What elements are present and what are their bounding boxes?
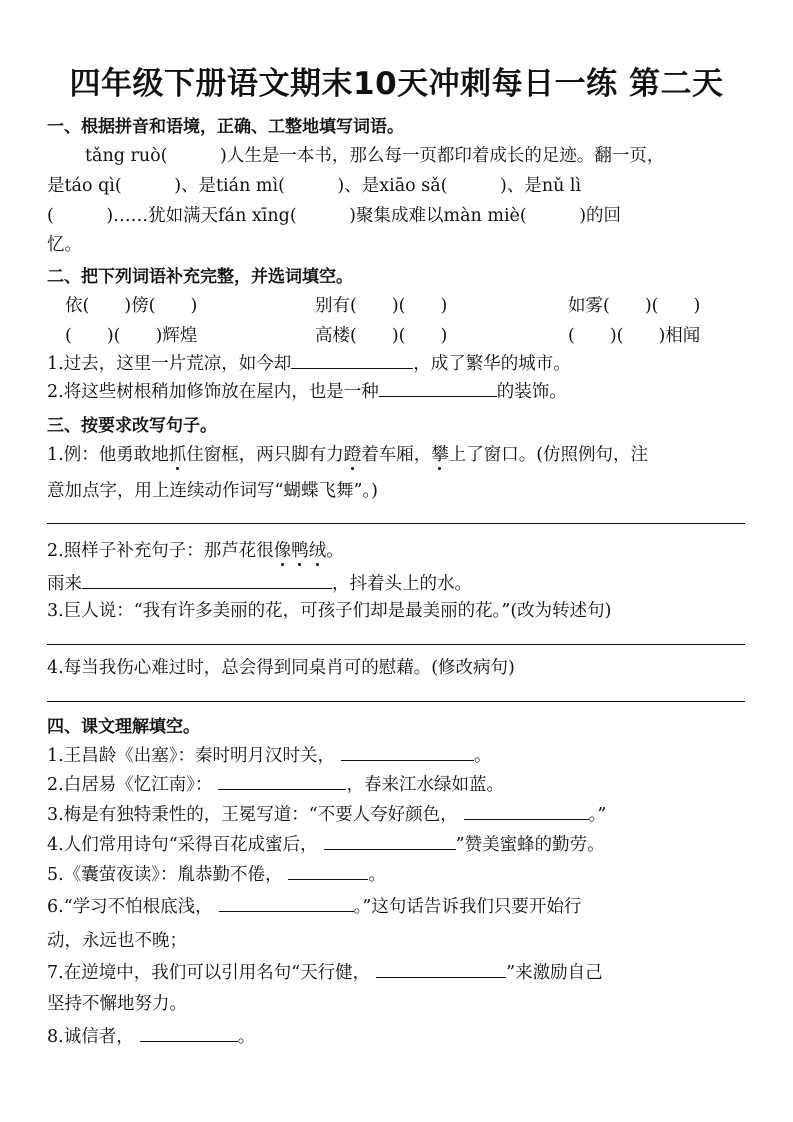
section-4-item-2: 2.白居易《忆江南》：，春来江水绿如蓝。 (47, 771, 504, 796)
answer-line[interactable] (47, 644, 745, 645)
section-1-line-2: 是táo qì( )、是tián mì( )、是xiāo sǎ( )、是nǔ l… (47, 172, 581, 197)
dotted-char: 蹬 (344, 445, 362, 465)
section-2-heading: 二、把下列词语补充完整，并选词填空。 (47, 262, 353, 287)
word-fill-3[interactable]: 如雾( )( ) (568, 292, 700, 317)
answer-blank[interactable] (464, 803, 589, 820)
answer-blank[interactable] (82, 572, 332, 589)
section-2-question-2: 2.将这些树根稍加修饰放在屋内，也是一种的装饰。 (47, 378, 567, 403)
dotted-char: 绒 (309, 541, 327, 561)
section-1-line-3: ( )……犹如满天fán xīng( )聚集成难以màn miè( )的回 (47, 202, 621, 227)
section-3-question-1-line-2: 意加点字，用上连续动作词写“蝴蝶飞舞”。) (47, 477, 378, 502)
answer-line[interactable] (47, 523, 745, 524)
dotted-char: 鸭 (291, 541, 309, 561)
answer-blank[interactable] (288, 863, 368, 880)
word-fill-4[interactable]: ( )( )辉煌 (65, 322, 197, 347)
section-4-item-7: 7.在逆境中，我们可以引用名句“天行健，”来激励自己 (47, 959, 603, 984)
word-fill-5[interactable]: 高楼( )( ) (315, 322, 447, 347)
section-4-heading: 四、课文理解填空。 (47, 712, 200, 737)
section-3-question-2-answer: 雨来，抖着头上的水。 (47, 570, 472, 595)
answer-blank[interactable] (376, 961, 506, 978)
section-4-item-3: 3.梅是有独特秉性的，王冕写道：“不要人夸好颜色，。” (47, 801, 606, 826)
section-1-heading: 一、根据拼音和语境，正确、工整地填写词语。 (47, 112, 404, 137)
answer-blank[interactable] (140, 1025, 238, 1042)
answer-blank[interactable] (219, 895, 354, 912)
answer-blank[interactable] (218, 773, 346, 790)
section-3-question-1: 1.例：他勇敢地抓住窗框，两只脚有力蹬着车厢，攀上了窗口。(仿照例句，注 (47, 441, 648, 466)
section-3-heading: 三、按要求改写句子。 (47, 411, 217, 436)
section-4-item-7-line-2: 坚持不懈地努力。 (47, 990, 187, 1015)
section-3-question-3: 3.巨人说：“我有许多美丽的花，可孩子们却是最美丽的花。”(改为转述句) (47, 597, 612, 622)
section-4-item-4: 4.人们常用诗句“采得百花成蜜后，”赞美蜜蜂的勤劳。 (47, 831, 605, 856)
section-3-question-4: 4.每当我伤心难过时，总会得到同桌肖可的慰藉。(修改病句) (47, 654, 515, 679)
page-title: 四年级下册语文期末10天冲刺每日一练 第二天 (0, 58, 793, 103)
dotted-char: 攀 (431, 445, 449, 465)
section-1-line-1: tǎng ruò( )人生是一本书，那么每一页都印着成长的足迹。翻一页， (85, 142, 664, 167)
section-2-question-1: 1.过去，这里一片荒凉，如今却，成了繁华的城市。 (47, 350, 571, 375)
section-4-item-8: 8.诚信者，。 (47, 1023, 255, 1048)
section-4-item-1: 1.王昌龄《出塞》：秦时明月汉时关，。 (47, 742, 491, 767)
word-fill-6[interactable]: ( )( )相闻 (568, 322, 700, 347)
answer-blank[interactable] (291, 352, 413, 369)
dotted-char: 像 (274, 541, 292, 561)
word-fill-2[interactable]: 别有( )( ) (315, 292, 447, 317)
dotted-char: 抓 (169, 445, 187, 465)
section-1-line-4: 忆。 (47, 231, 82, 256)
answer-line[interactable] (47, 701, 745, 702)
answer-blank[interactable] (324, 833, 456, 850)
answer-blank[interactable] (341, 744, 474, 761)
word-fill-1[interactable]: 依( )傍( ) (65, 292, 197, 317)
section-4-item-5: 5.《囊萤夜读》：胤恭勤不倦，。 (47, 861, 386, 886)
answer-blank[interactable] (379, 380, 497, 397)
section-3-question-2: 2.照样子补充句子：那芦花很像鸭绒。 (47, 537, 344, 562)
section-4-item-6-line-2: 动，永远也不晚； (47, 927, 187, 952)
section-4-item-6: 6.“学习不怕根底浅，。”这句话告诉我们只要开始行 (47, 893, 581, 918)
